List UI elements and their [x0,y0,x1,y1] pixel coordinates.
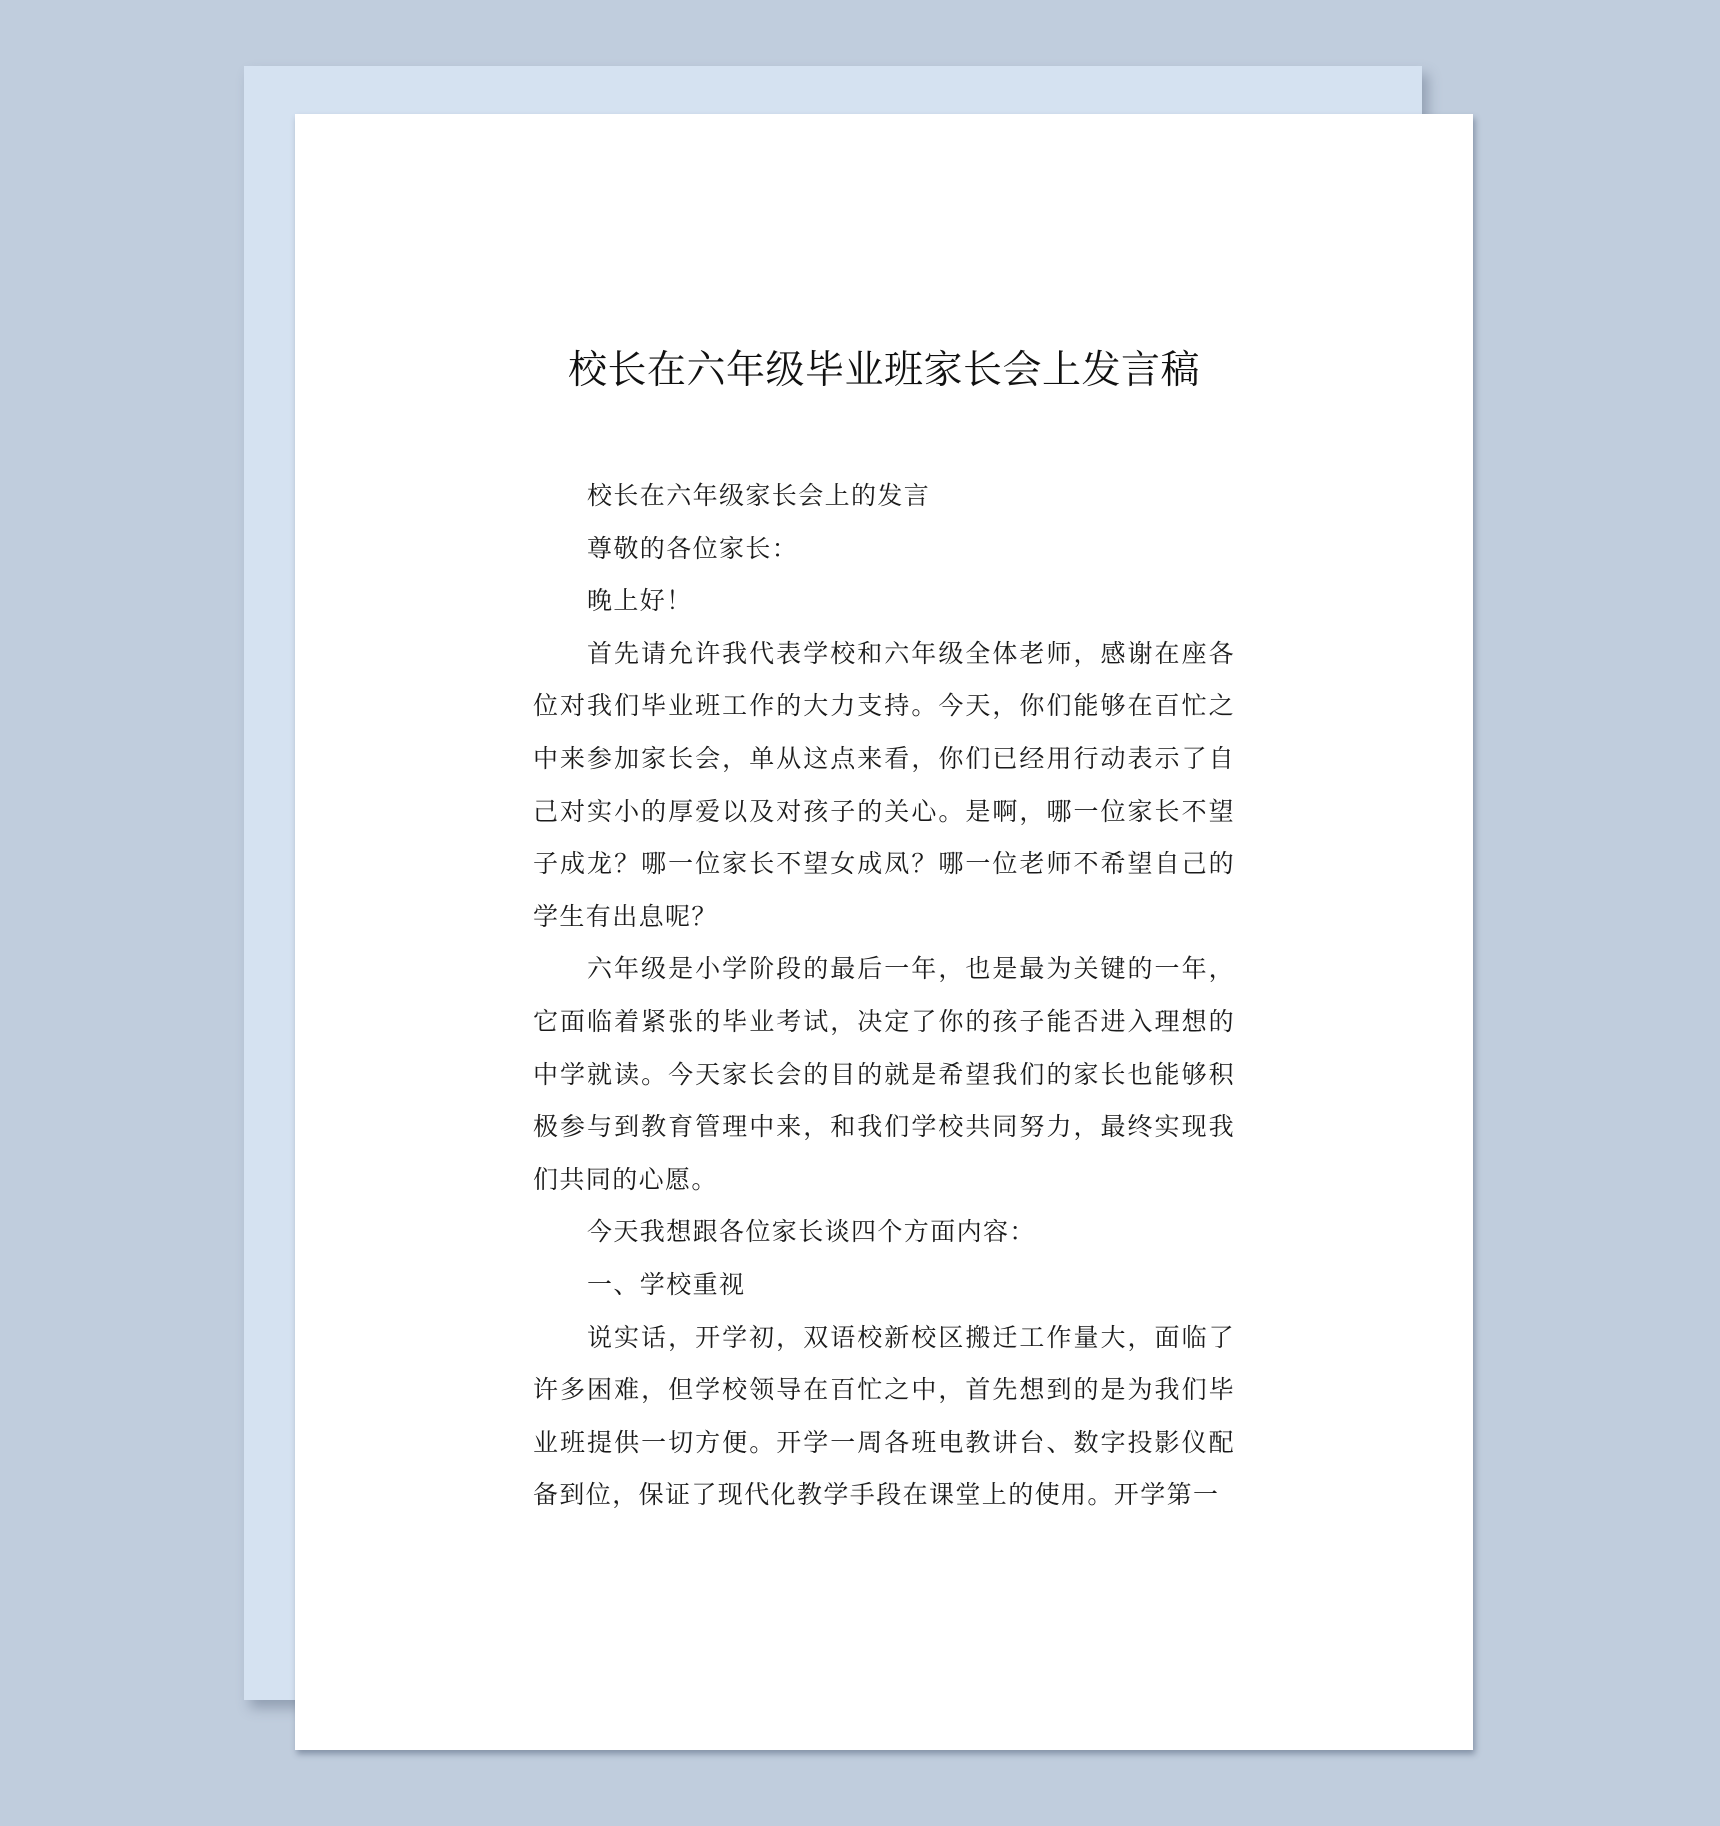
paragraph-topics: 今天我想跟各位家长谈四个方面内容： [533,1206,1235,1259]
paragraph-greeting: 晚上好！ [533,575,1235,628]
paragraph-sixth-grade: 六年级是小学阶段的最后一年，也是最为关键的一年，它面临着紧张的毕业考试，决定了你… [533,943,1235,1206]
paragraph-salutation: 尊敬的各位家长： [533,523,1235,576]
section-heading-1: 一、学校重视 [533,1259,1235,1312]
document-page: 校长在六年级毕业班家长会上发言稿 校长在六年级家长会上的发言 尊敬的各位家长： … [295,114,1473,1750]
document-body: 校长在六年级家长会上的发言 尊敬的各位家长： 晚上好！ 首先请允许我代表学校和六… [533,470,1235,1522]
paragraph-intro: 首先请允许我代表学校和六年级全体老师，感谢在座各位对我们毕业班工作的大力支持。今… [533,628,1235,944]
paragraph-school-support: 说实话，开学初，双语校新校区搬迁工作量大，面临了许多困难，但学校领导在百忙之中，… [533,1312,1235,1522]
paragraph-subtitle: 校长在六年级家长会上的发言 [533,470,1235,523]
document-title: 校长在六年级毕业班家长会上发言稿 [295,346,1473,396]
